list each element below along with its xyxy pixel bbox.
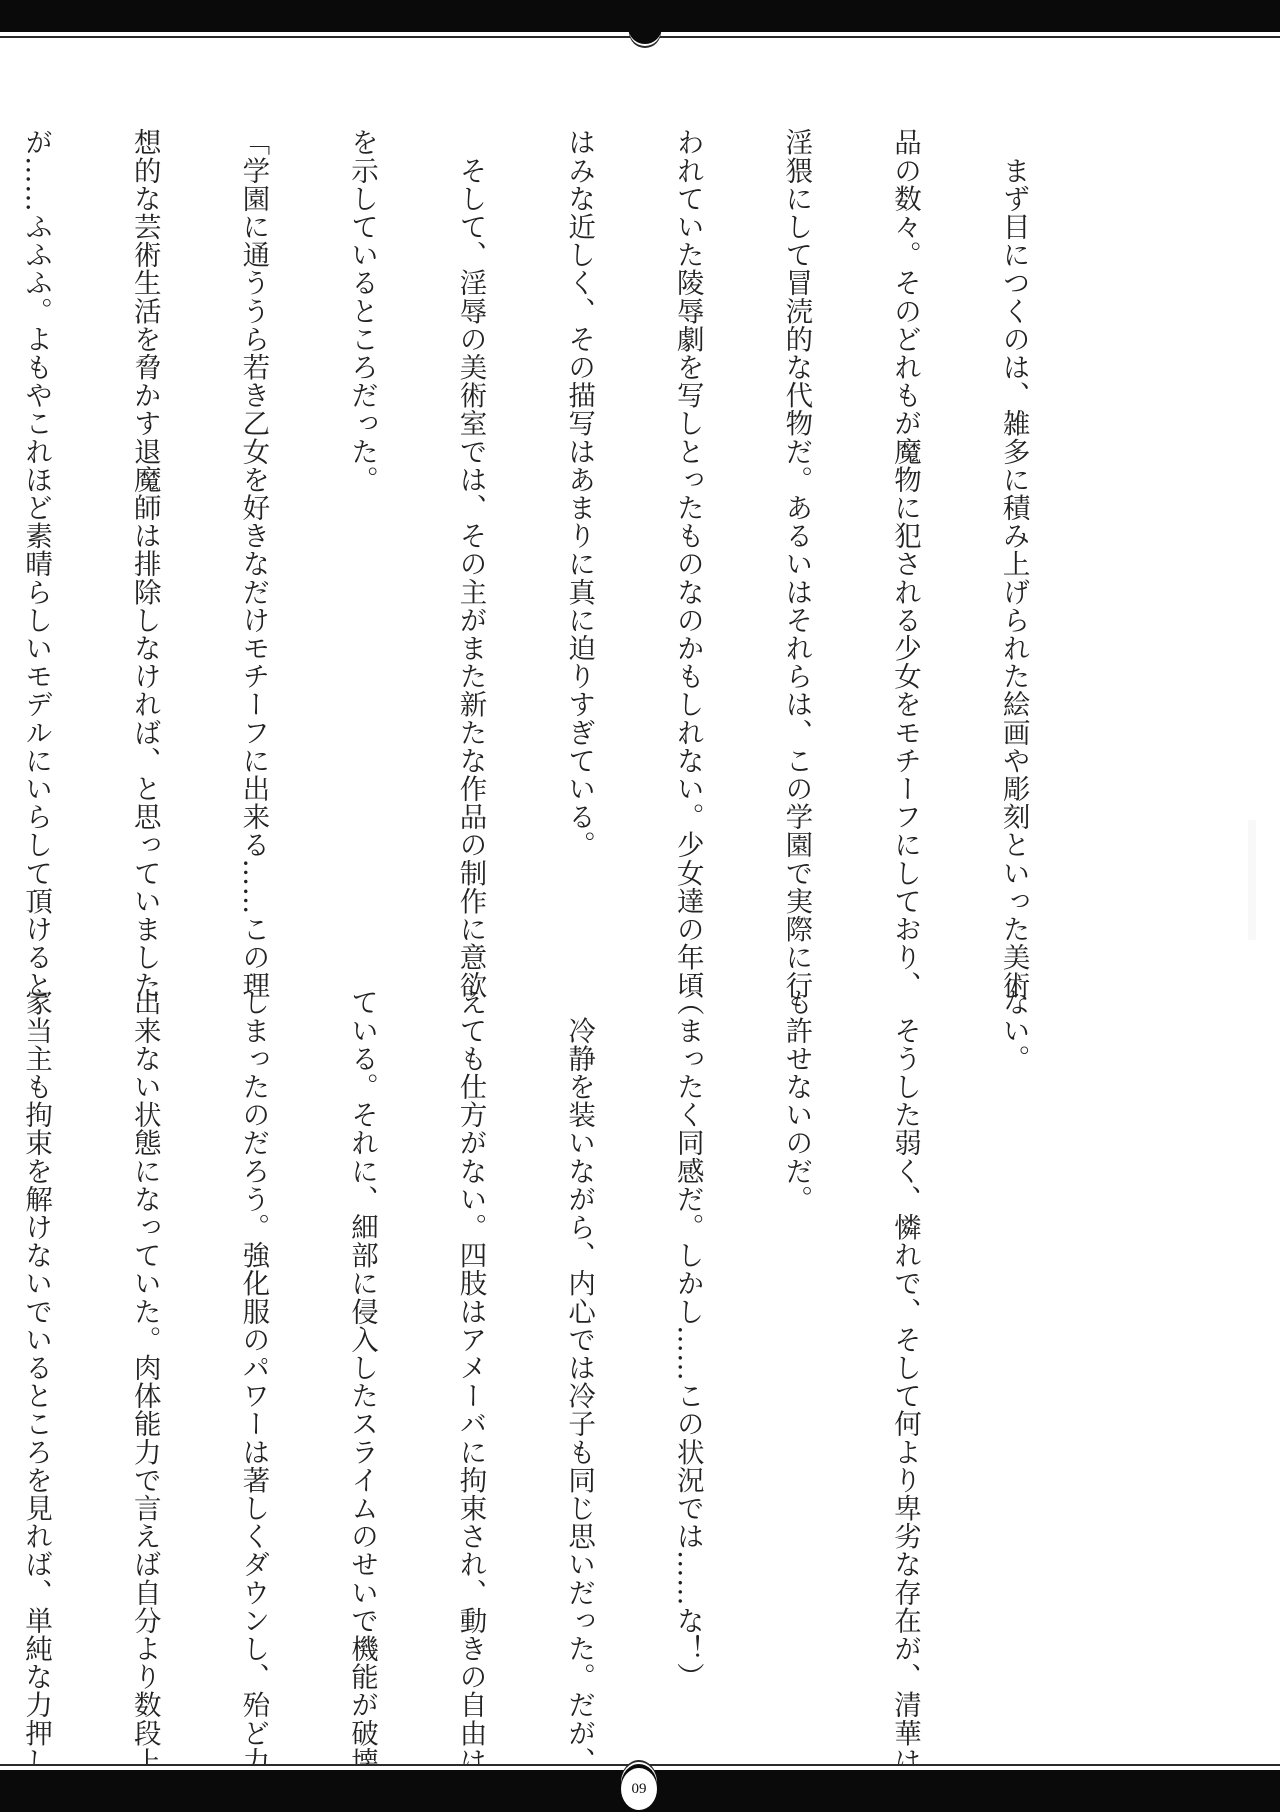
text-line: 出来ない状態になっていた。肉体能力で言えば自分より数段上の神守 <box>127 988 163 1688</box>
text-line: えても仕方がない。四肢はアメーバに拘束され、動きの自由は殺され <box>452 988 488 1688</box>
text-line: を示しているところだった。 <box>344 128 380 828</box>
text-line: はみな近しく、その描写はあまりに真に迫りすぎている。 <box>561 128 597 828</box>
text-line: われていた陵辱劇を写しとったものなのかもしれない。少女達の年頃 <box>670 128 706 828</box>
text-line: 冷静を装いながら、内心では冷子も同じ思いだった。だが、今は吠 <box>561 988 597 1688</box>
text-line: しまったのだろう。強化服のパワーは著しくダウンし、殆ど力を発揮 <box>235 988 271 1688</box>
text-line: も許せないのだ。 <box>778 988 814 1688</box>
page-number: 09 <box>621 1768 657 1810</box>
text-line: 品の数々。そのどれもが魔物に犯される少女をモチーフにしており、 <box>887 128 923 828</box>
text-line: そうした弱く、憐れで、そして何より卑劣な存在が、清華はもっと <box>887 988 923 1688</box>
text-line: そして、淫辱の美術室では、その主がまた新たな作品の制作に意欲 <box>452 128 488 828</box>
text-line: ている。それに、細部に侵入したスライムのせいで機能が破壊されて <box>344 988 380 1688</box>
text-line: 家当主も拘束を解けないでいるところを見れば、単純な力押しによる <box>18 988 54 1688</box>
text-block-lower: ない。 そうした弱く、憐れで、そして何より卑劣な存在が、清華はもっと も許せない… <box>0 988 1104 1688</box>
dialogue-line: 想的な芸術生活を脅かす退魔師は排除しなければ、と思っていました <box>127 128 163 828</box>
scan-artifact <box>1248 820 1256 940</box>
text-line: まず目につくのは、雑多に積み上げられた絵画や彫刻といった美術 <box>995 128 1031 828</box>
text-block-upper: まず目につくのは、雑多に積み上げられた絵画や彫刻といった美術 品の数々。そのどれ… <box>0 128 1104 828</box>
text-line: 淫猥にして冒涜的な代物だ。あるいはそれらは、この学園で実際に行 <box>778 128 814 828</box>
thought-line: （まったく同感だ。しかし……この状況では……な！） <box>670 988 706 1688</box>
text-line: ない。 <box>995 988 1031 1688</box>
dialogue-line: 「学園に通ううら若き乙女を好きなだけモチーフに出来る……この理 <box>235 128 271 828</box>
header-ornament-notch <box>628 22 662 44</box>
dialogue-line: が……ふふふ。よもやこれほど素晴らしいモデルにいらして頂けると <box>18 128 54 828</box>
